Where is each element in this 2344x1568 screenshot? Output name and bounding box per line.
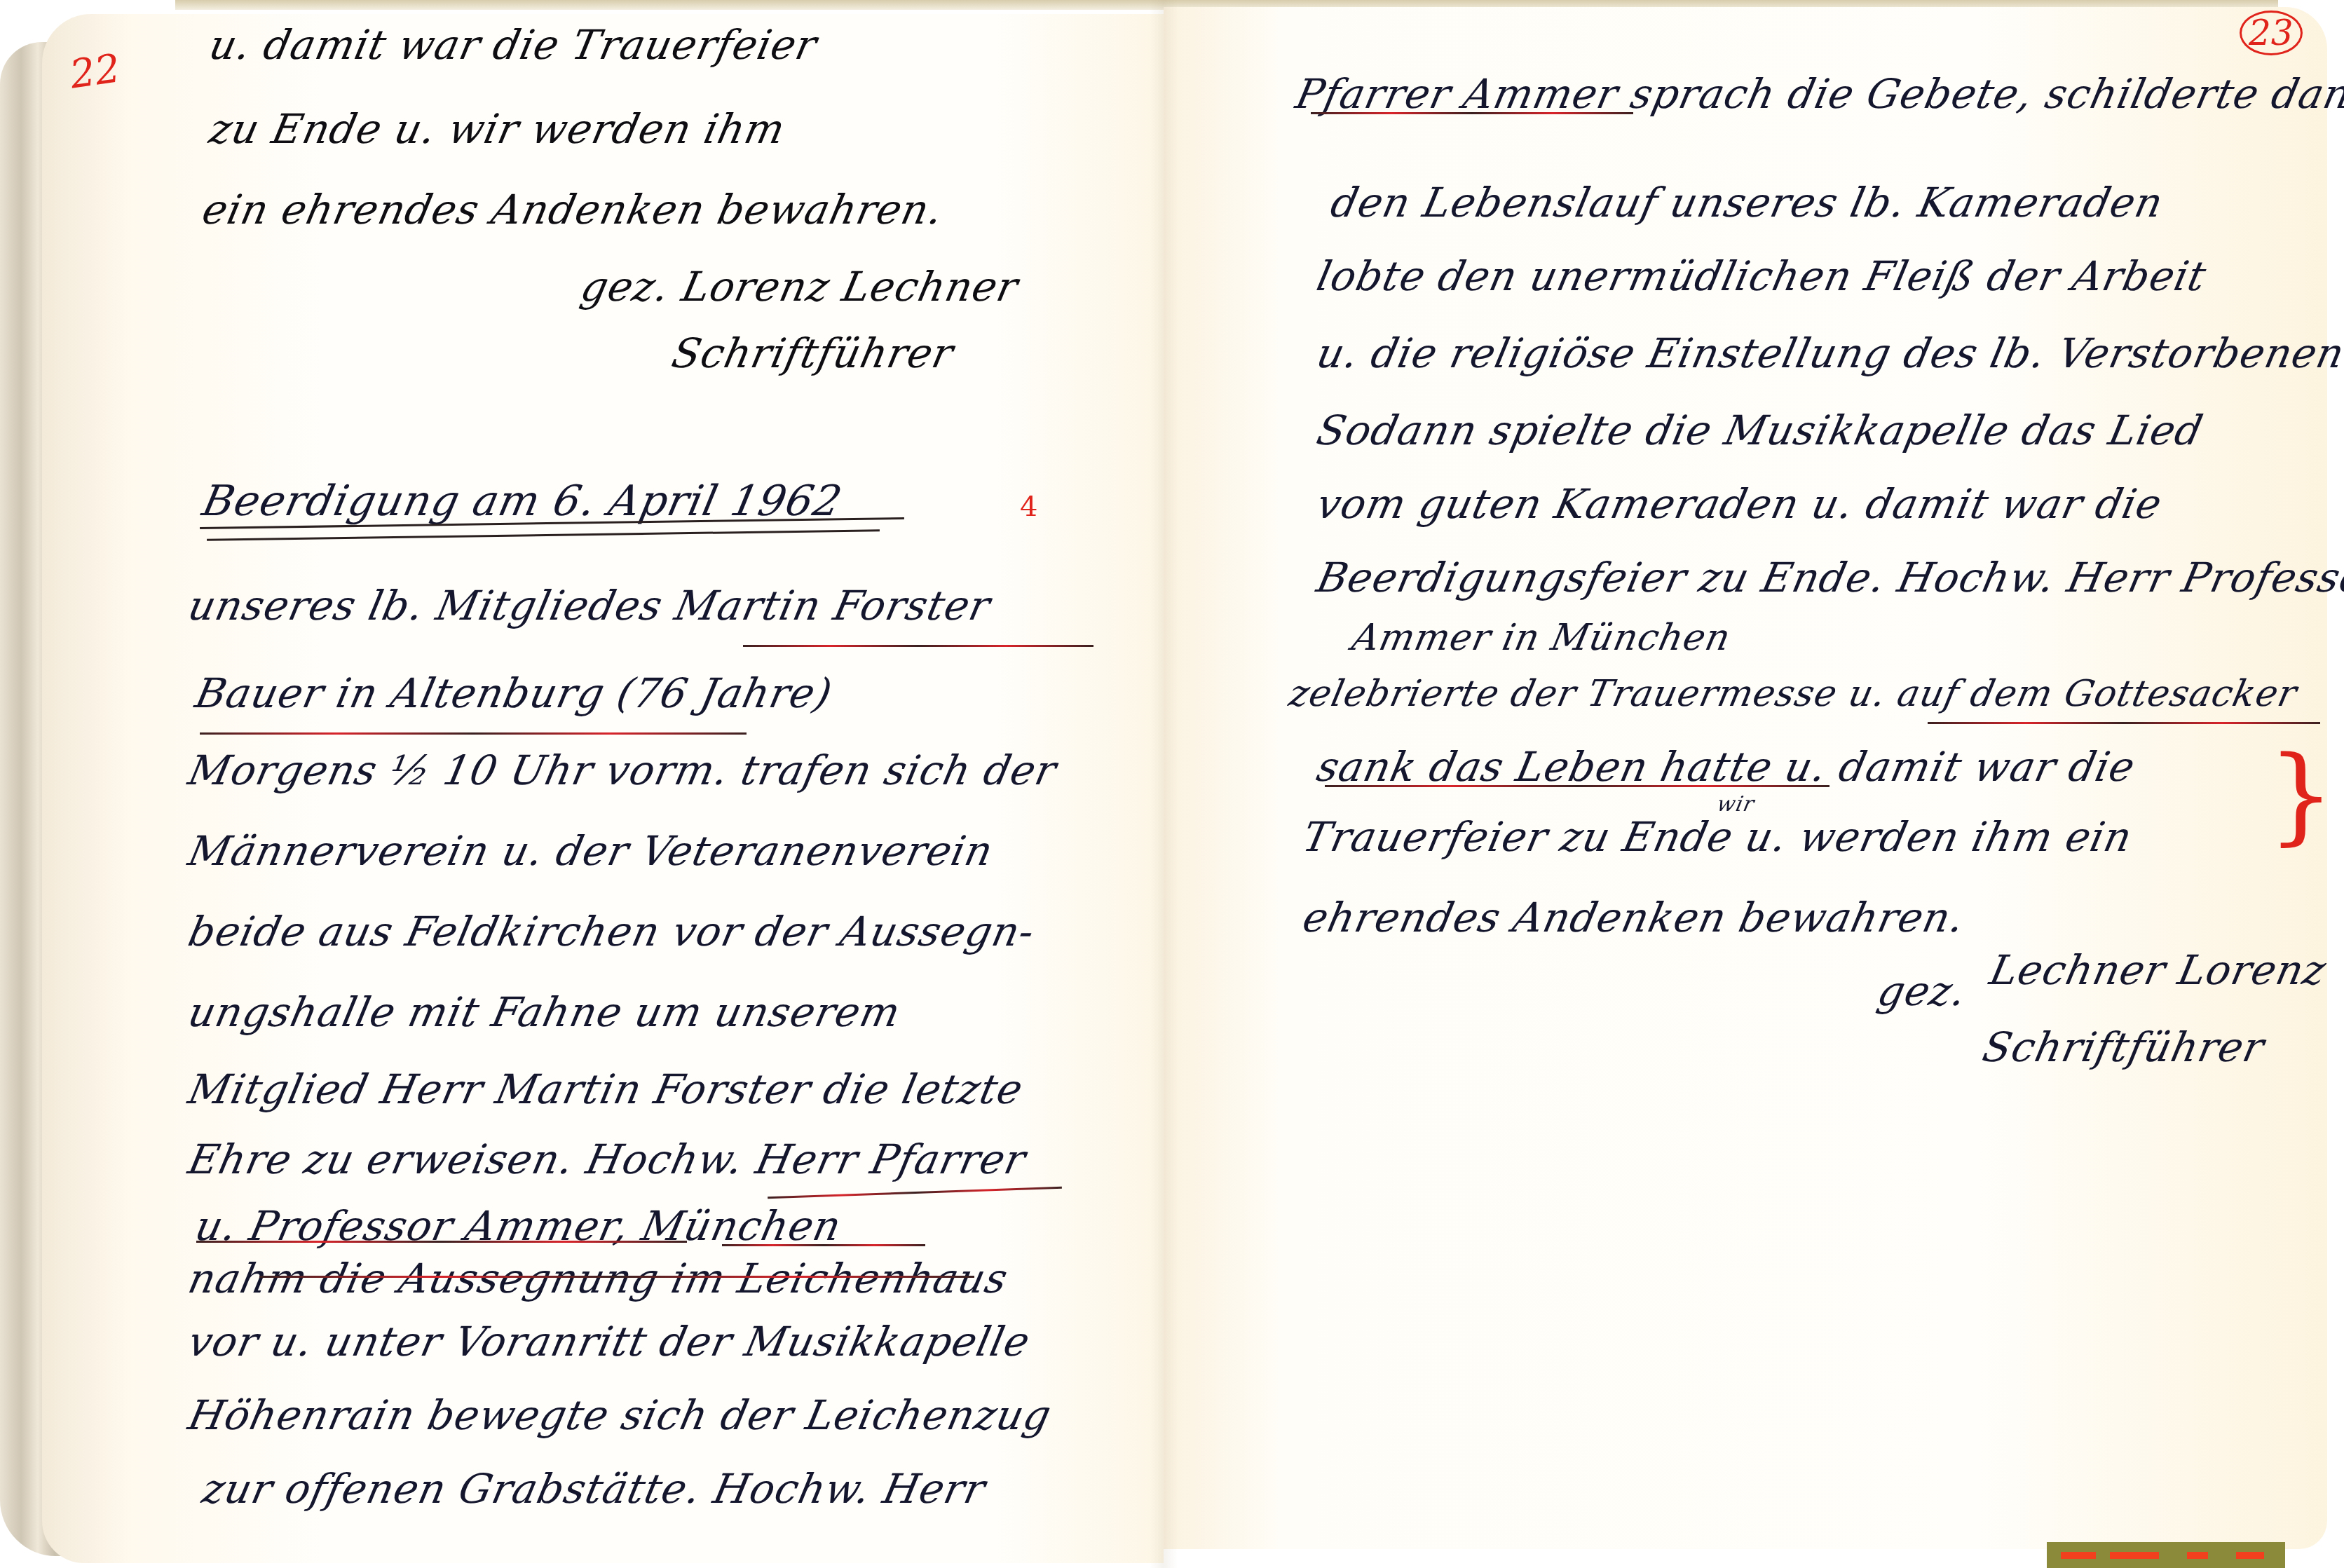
left-signature-title: Schriftführer bbox=[668, 329, 958, 377]
red-underline-aussegnung bbox=[259, 1276, 974, 1278]
right-line-12: ehrendes Andenken bewahren. bbox=[1299, 894, 1969, 941]
right-line-1: Pfarrer Ammer sprach die Gebete, schilde… bbox=[1292, 70, 2344, 118]
left-line-1: u. damit war die Trauerfeier bbox=[205, 21, 822, 69]
red-underline-gottesacker bbox=[1928, 722, 2320, 724]
red-underline-place bbox=[200, 732, 747, 735]
body-line-6: ungshalle mit Fahne um unserem bbox=[184, 988, 905, 1036]
body-line-3: Morgens ½ 10 Uhr vorm. trafen sich der bbox=[184, 746, 1061, 794]
red-underline-muenchen bbox=[722, 1244, 925, 1246]
right-line-11: Trauerfeier zu Ende u. werden ihm ein bbox=[1299, 813, 2137, 861]
right-line-2: den Lebenslauf unseres lb. Kameraden bbox=[1327, 179, 2167, 226]
right-signature-title: Schriftführer bbox=[1979, 1023, 2269, 1071]
red-underline-professor bbox=[196, 1241, 687, 1243]
left-signature: gez. Lorenz Lechner bbox=[577, 263, 1023, 311]
body-line-11: vor u. unter Voranritt der Musikkapelle bbox=[184, 1318, 1035, 1365]
section-heading: Beerdigung am 6. April 1962 bbox=[198, 477, 847, 526]
red-annotation: 4 bbox=[1020, 491, 1037, 523]
body-line-10: nahm die Aussegnung im Leichenhaus bbox=[184, 1255, 1012, 1302]
right-page-number: 23 bbox=[2240, 11, 2303, 55]
right-line-9: zelebrierte der Trauermesse u. auf dem G… bbox=[1286, 673, 2301, 715]
right-line-10: sank das Leben hatte u. damit war die bbox=[1313, 743, 2140, 791]
right-line-5: Sodann spielte die Musikkapelle das Lied bbox=[1313, 407, 2207, 454]
red-underline-pfarrer-ammer bbox=[1311, 112, 1633, 114]
bottom-colored-tab bbox=[2047, 1542, 2285, 1568]
body-line-8: Ehre zu erweisen. Hochw. Herr Pfarrer bbox=[184, 1136, 1030, 1183]
body-line-5: beide aus Feldkirchen vor der Aussegn- bbox=[184, 908, 1040, 955]
right-line-8-insert: Ammer in München bbox=[1349, 617, 1735, 659]
body-line-7: Mitglied Herr Martin Forster die letzte bbox=[184, 1065, 1028, 1113]
body-line-2: Bauer in Altenburg (76 Jahre) bbox=[191, 669, 837, 717]
red-underline-leben bbox=[1325, 785, 1829, 787]
red-underline-name bbox=[743, 645, 1093, 647]
right-signature-prefix: gez. bbox=[1874, 967, 1971, 1015]
right-line-6: vom guten Kameraden u. damit war die bbox=[1313, 480, 2167, 528]
right-line-3: lobte den unermüdlichen Fleiß der Arbeit bbox=[1313, 252, 2211, 300]
right-line-4: u. die religiöse Einstellung des lb. Ver… bbox=[1313, 329, 2344, 377]
book-gutter bbox=[1150, 0, 1178, 1568]
left-line-3: ein ehrendes Andenken bewahren. bbox=[198, 186, 948, 233]
body-line-13: zur offenen Grabstätte. Hochw. Herr bbox=[198, 1465, 990, 1513]
body-line-4: Männerverein u. der Veteranenverein bbox=[184, 827, 997, 875]
left-line-2: zu Ende u. wir werden ihm bbox=[205, 105, 790, 153]
left-page-number: 22 bbox=[67, 46, 123, 97]
body-line-12: Höhenrain bewegte sich der Leichenzug bbox=[184, 1391, 1056, 1439]
red-brace-mark: } bbox=[2268, 743, 2334, 848]
right-line-7: Beerdigungsfeier zu Ende. Hochw. Herr Pr… bbox=[1313, 554, 2344, 601]
right-signature-name: Lechner Lorenz bbox=[1986, 946, 2331, 994]
notebook-spread: 22 u. damit war die Trauerfeier zu Ende … bbox=[0, 0, 2344, 1568]
body-line-1: unseres lb. Mitgliedes Martin Forster bbox=[184, 582, 995, 629]
